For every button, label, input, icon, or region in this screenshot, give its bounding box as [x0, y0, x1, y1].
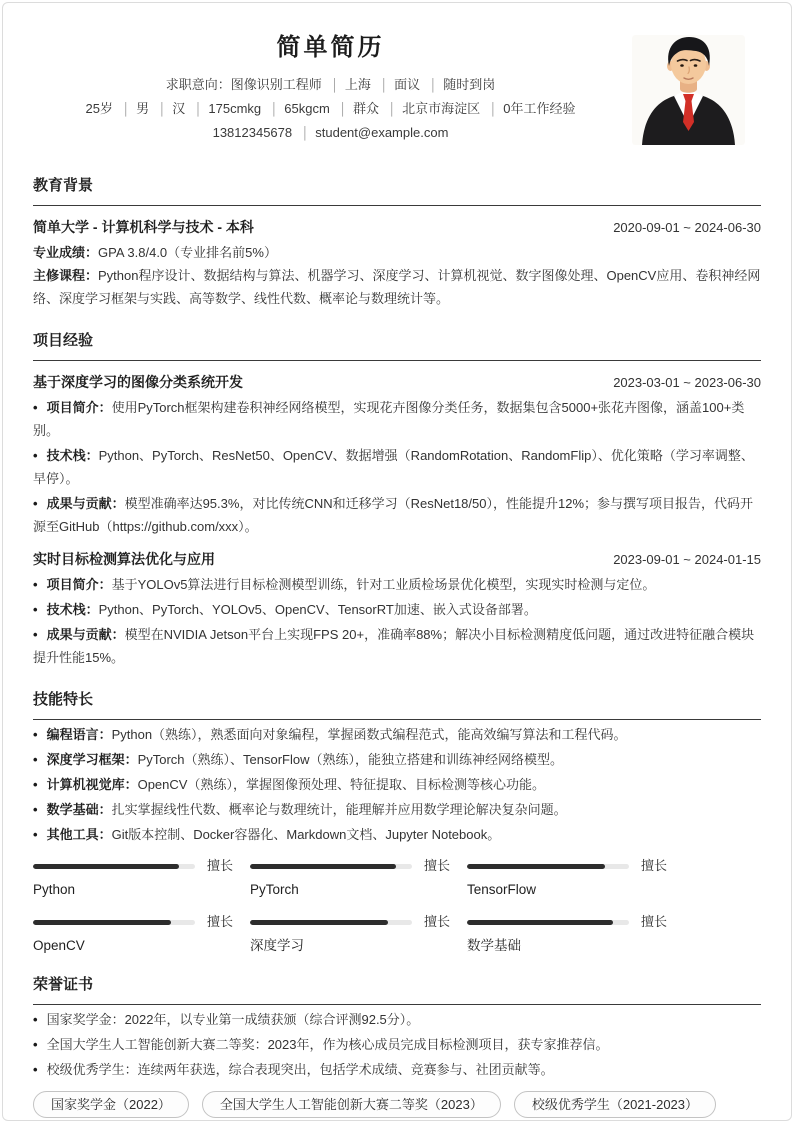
honor-badge: 校级优秀学生（2021-2023）: [514, 1091, 716, 1118]
skill-bar-name: OpenCV: [33, 937, 233, 954]
skill-bar: 擅长 数学基础: [467, 914, 667, 954]
skill-bar-track: [250, 864, 412, 869]
bullet-label: 项目简介：: [47, 400, 112, 415]
project-bullet: 成果与贡献：模型准确率达95.3%，对比传统CNN和迁移学习（ResNet18/…: [33, 492, 761, 538]
skill-bar-name: TensorFlow: [467, 881, 667, 898]
honor-badge: 全国大学生人工智能创新大赛二等奖（2023）: [202, 1091, 501, 1118]
skill-bar-row: 擅长: [467, 914, 667, 930]
skill-proficiency-label: 擅长: [641, 914, 667, 930]
contact-separator: │: [331, 73, 339, 97]
contact-item: 175cmkg: [208, 101, 261, 116]
bullet-label: 编程语言：: [47, 727, 112, 742]
project-bullet: 技术栈：Python、PyTorch、YOLOv5、OpenCV、TensorR…: [33, 598, 761, 621]
skill-proficiency-label: 擅长: [641, 858, 667, 874]
project-date-range: 2023-09-01 ~ 2024-01-15: [613, 552, 761, 567]
project-name: 基于深度学习的图像分类系统开发: [33, 371, 243, 393]
contact-separator: │: [159, 97, 167, 121]
honor-item: 校级优秀学生：连续两年获选，综合表现突出，包括学术成绩、竞赛参与、社团贡献等。: [33, 1058, 761, 1081]
skill-bar: 擅长 PyTorch: [250, 858, 450, 898]
skill-bar-row: 擅长: [33, 858, 233, 874]
bullet-text: OpenCV（熟练），掌握图像预处理、特征提取、目标检测等核心功能。: [138, 777, 545, 792]
contact-separator: │: [339, 97, 347, 121]
section-title-education: 教育背景: [33, 175, 761, 206]
bullet-text: 扎实掌握线性代数、概率论与数理统计，能理解并应用数学理论解决复杂问题。: [112, 802, 567, 817]
contact-item: 随时到岗: [443, 77, 495, 92]
skill-bar-track: [250, 920, 412, 925]
education-detail-line: 主修课程：Python程序设计、数据结构与算法、机器学习、深度学习、计算机视觉、…: [33, 264, 761, 310]
contact-item: 汉: [172, 101, 185, 116]
skill-bar-row: 擅长: [250, 914, 450, 930]
contact-separator: │: [430, 73, 438, 97]
bullet-label: 技术栈：: [47, 448, 99, 463]
detail-label: 主修课程：: [33, 268, 98, 283]
education-entry: 简单大学 - 计算机科学与技术 - 本科 2020-09-01 ~ 2024-0…: [33, 216, 761, 310]
skill-bar: 擅长 OpenCV: [33, 914, 233, 954]
profile-photo: [632, 35, 745, 145]
contact-item: student@example.com: [315, 125, 448, 140]
contact-separator: │: [490, 97, 498, 121]
project-bullet: 项目简介：基于YOLOv5算法进行目标检测模型训练，针对工业质检场景优化模型，实…: [33, 573, 761, 596]
detail-text: GPA 3.8/4.0（专业排名前5%）: [98, 245, 277, 260]
skill-bar: 擅长 TensorFlow: [467, 858, 667, 898]
contact-item: 25岁: [86, 101, 113, 116]
education-detail-line: 专业成绩：GPA 3.8/4.0（专业排名前5%）: [33, 241, 761, 264]
contact-separator: │: [123, 97, 131, 121]
project-bullet: 成果与贡献：模型在NVIDIA Jetson平台上实现FPS 20+，准确率88…: [33, 623, 761, 669]
skill-bullet: 编程语言：Python（熟练），熟悉面向对象编程，掌握函数式编程范式，能高效编写…: [33, 723, 761, 746]
project-entry-head: 基于深度学习的图像分类系统开发 2023-03-01 ~ 2023-06-30: [33, 371, 761, 393]
contact-separator: │: [381, 73, 389, 97]
contact-item: 面议: [394, 77, 420, 92]
contact-item: 求职意向：图像识别工程师: [166, 77, 322, 92]
project-bullets: 项目简介：基于YOLOv5算法进行目标检测模型训练，针对工业质检场景优化模型，实…: [33, 573, 761, 669]
contact-item: 男: [136, 101, 149, 116]
bullet-text: 模型准确率达95.3%，对比传统CNN和迁移学习（ResNet18/50），性能…: [33, 496, 753, 534]
contact-item: 65kgcm: [284, 101, 330, 116]
skill-bar-track: [467, 864, 629, 869]
bullet-label: 深度学习框架：: [47, 752, 138, 767]
contact-line-intention: │求职意向：图像识别工程师 │上海 │面议 │随时到岗: [33, 73, 628, 97]
honor-item: 全国大学生人工智能创新大赛二等奖：2023年，作为核心成员完成目标检测项目，获专…: [33, 1033, 761, 1056]
skill-bar-fill: [467, 864, 605, 869]
section-projects: 项目经验 基于深度学习的图像分类系统开发 2023-03-01 ~ 2023-0…: [33, 330, 761, 669]
detail-text: Python程序设计、数据结构与算法、机器学习、深度学习、计算机视觉、数字图像处…: [33, 268, 760, 306]
skill-bar-track: [467, 920, 629, 925]
bullet-label: 其他工具：: [47, 827, 112, 842]
honor-item: 国家奖学金：2022年，以专业第一成绩获颁（综合评测92.5分）。: [33, 1008, 761, 1031]
honor-badge: 国家奖学金（2022）: [33, 1091, 189, 1118]
project-entry-2: 实时目标检测算法优化与应用 2023-09-01 ~ 2024-01-15 项目…: [33, 548, 761, 669]
project-date-range: 2023-03-01 ~ 2023-06-30: [613, 375, 761, 390]
education-entry-head: 简单大学 - 计算机科学与技术 - 本科 2020-09-01 ~ 2024-0…: [33, 216, 761, 238]
contact-item: 北京市海淀区: [402, 101, 480, 116]
section-title-skills: 技能特长: [33, 689, 761, 720]
bullet-text: Git版本控制、Docker容器化、Markdown文档、Jupyter Not…: [112, 827, 501, 842]
section-title-honors: 荣誉证书: [33, 974, 761, 1005]
bullet-text: PyTorch（熟练）、TensorFlow（熟练），能独立搭建和训练神经网络模…: [138, 752, 563, 767]
skill-bar-name: 数学基础: [467, 937, 667, 954]
skill-bar-name: PyTorch: [250, 881, 450, 898]
contact-separator: │: [302, 121, 310, 145]
project-entry-head: 实时目标检测算法优化与应用 2023-09-01 ~ 2024-01-15: [33, 548, 761, 570]
skill-bar-fill: [250, 920, 388, 925]
project-entry-1: 基于深度学习的图像分类系统开发 2023-03-01 ~ 2023-06-30 …: [33, 371, 761, 538]
contact-item: 群众: [353, 101, 379, 116]
skill-bar: 擅长 Python: [33, 858, 233, 898]
resume-title: 简单简历: [33, 33, 628, 63]
skill-bar-fill: [33, 920, 171, 925]
honor-badges: 国家奖学金（2022） 全国大学生人工智能创新大赛二等奖（2023） 校级优秀学…: [33, 1091, 761, 1118]
skill-bar-name: 深度学习: [250, 937, 450, 954]
project-bullets: 项目简介：使用PyTorch框架构建卷积神经网络模型，实现花卉图像分类任务，数据…: [33, 396, 761, 538]
education-date-range: 2020-09-01 ~ 2024-06-30: [613, 220, 761, 235]
skill-proficiency-label: 擅长: [424, 858, 450, 874]
contact-line-basics: │25岁 │男 │汉 │175cmkg │65kgcm │群众 │北京市海淀区 …: [33, 97, 628, 121]
contact-separator: │: [271, 97, 279, 121]
section-honors: 荣誉证书 国家奖学金：2022年，以专业第一成绩获颁（综合评测92.5分）。 全…: [33, 974, 761, 1118]
project-name: 实时目标检测算法优化与应用: [33, 548, 215, 570]
resume-header: 简单简历 │求职意向：图像识别工程师 │上海 │面议 │随时到岗 │25岁 │男: [33, 33, 761, 145]
resume-page: 简单简历 │求职意向：图像识别工程师 │上海 │面议 │随时到岗 │25岁 │男: [2, 2, 792, 1121]
skill-bullet: 其他工具：Git版本控制、Docker容器化、Markdown文档、Jupyte…: [33, 823, 761, 846]
bullet-label: 成果与贡献：: [47, 496, 125, 511]
skill-bar: 擅长 深度学习: [250, 914, 450, 954]
contact-item: 13812345678: [213, 125, 293, 140]
skill-proficiency-label: 擅长: [207, 858, 233, 874]
project-bullet: 项目简介：使用PyTorch框架构建卷积神经网络模型，实现花卉图像分类任务，数据…: [33, 396, 761, 442]
skill-bar-row: 擅长: [467, 858, 667, 874]
education-school: 简单大学 - 计算机科学与技术 - 本科: [33, 216, 254, 238]
contact-item: 0年工作经验: [503, 101, 575, 116]
bullet-text: Python（熟练），熟悉面向对象编程，掌握函数式编程范式，能高效编写算法和工程…: [112, 727, 627, 742]
skill-bar-row: 擅长: [250, 858, 450, 874]
header-text-block: 简单简历 │求职意向：图像识别工程师 │上海 │面议 │随时到岗 │25岁 │男: [33, 33, 628, 145]
skill-bullet: 计算机视觉库：OpenCV（熟练），掌握图像预处理、特征提取、目标检测等核心功能…: [33, 773, 761, 796]
skill-bar-row: 擅长: [33, 914, 233, 930]
section-skills: 技能特长 编程语言：Python（熟练），熟悉面向对象编程，掌握函数式编程范式，…: [33, 689, 761, 954]
skill-proficiency-label: 擅长: [424, 914, 450, 930]
bullet-label: 计算机视觉库：: [47, 777, 138, 792]
bullet-text: 模型在NVIDIA Jetson平台上实现FPS 20+，准确率88%；解决小目…: [33, 627, 754, 665]
bullet-label: 技术栈：: [47, 602, 99, 617]
skill-bar-fill: [250, 864, 396, 869]
detail-label: 专业成绩：: [33, 245, 98, 260]
education-details: 专业成绩：GPA 3.8/4.0（专业排名前5%） 主修课程：Python程序设…: [33, 241, 761, 310]
honors-list: 国家奖学金：2022年，以专业第一成绩获颁（综合评测92.5分）。 全国大学生人…: [33, 1008, 761, 1081]
bullet-text: 基于YOLOv5算法进行目标检测模型训练，针对工业质检场景优化模型，实现实时检测…: [112, 577, 656, 592]
skills-list: 编程语言：Python（熟练），熟悉面向对象编程，掌握函数式编程范式，能高效编写…: [33, 723, 761, 846]
contact-separator: │: [195, 97, 203, 121]
bullet-label: 项目简介：: [47, 577, 112, 592]
skill-proficiency-label: 擅长: [207, 914, 233, 930]
skill-bar-fill: [33, 864, 179, 869]
bullet-text: Python、PyTorch、YOLOv5、OpenCV、TensorRT加速、…: [99, 602, 537, 617]
section-title-projects: 项目经验: [33, 330, 761, 361]
bullet-text: Python、PyTorch、ResNet50、OpenCV、数据增强（Rand…: [33, 448, 754, 486]
project-bullet: 技术栈：Python、PyTorch、ResNet50、OpenCV、数据增强（…: [33, 444, 761, 490]
contact-item: 上海: [345, 77, 371, 92]
skill-bullet: 数学基础：扎实掌握线性代数、概率论与数理统计，能理解并应用数学理论解决复杂问题。: [33, 798, 761, 821]
contact-line-reach: │13812345678 │student@example.com: [33, 121, 628, 145]
skill-bar-grid: 擅长 Python 擅长 PyTorch: [33, 858, 667, 954]
bullet-label: 数学基础：: [47, 802, 112, 817]
avatar-illustration: [632, 35, 745, 145]
bullet-text: 使用PyTorch框架构建卷积神经网络模型，实现花卉图像分类任务，数据集包含50…: [33, 400, 744, 438]
skill-bar-fill: [467, 920, 613, 925]
contact-separator: │: [389, 97, 397, 121]
skill-bar-track: [33, 864, 195, 869]
skill-bullet: 深度学习框架：PyTorch（熟练）、TensorFlow（熟练），能独立搭建和…: [33, 748, 761, 771]
skill-bar-name: Python: [33, 881, 233, 898]
skill-bar-track: [33, 920, 195, 925]
bullet-label: 成果与贡献：: [47, 627, 125, 642]
section-education: 教育背景 简单大学 - 计算机科学与技术 - 本科 2020-09-01 ~ 2…: [33, 175, 761, 310]
